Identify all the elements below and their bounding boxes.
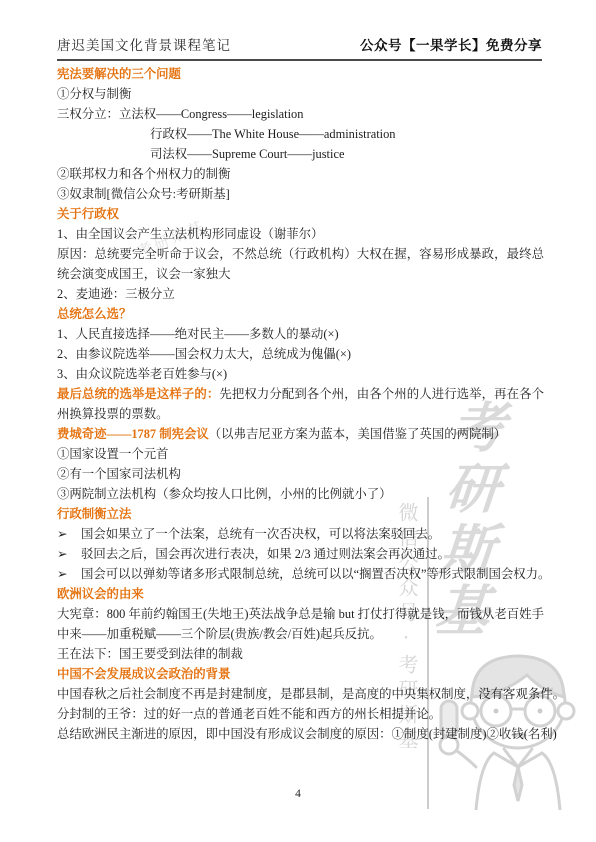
note-line: 3、由众议院选举老百姓参与(×): [57, 364, 544, 384]
note-text: 驳回去之后，国会再次进行表决，如果 2/3 通过则法案会再次通过。: [81, 544, 450, 564]
note-line: 分封制的王爷：过的好一点的普通老百姓不能和西方的州长相提并论。: [57, 704, 544, 724]
note-line: ①国家设置一个元首: [57, 444, 544, 464]
section-heading-china-background: 中国不会发展成议会政治的背景: [57, 664, 544, 684]
note-line: ①分权与制衡: [57, 84, 544, 104]
note-paragraph: 原因：总统要完全听命于议会，不然总统（行政机构）大权在握，容易形成暴政，最终总统…: [57, 244, 544, 284]
note-line: 总结欧洲民主渐进的原因，即中国没有形成议会制度的原因：①制度(封建制度)②收钱(…: [57, 724, 544, 744]
section-heading-constitution: 宪法要解决的三个问题: [57, 64, 544, 84]
notes-content: 宪法要解决的三个问题 ①分权与制衡 三权分立：立法权——Congress——le…: [57, 64, 544, 744]
note-line: 1、人民直接选择——绝对民主——多数人的暴动(×): [57, 324, 544, 344]
note-text: 国会可以以弹劾等诸多形式限制总统，总统可以以“搁置否决权”等形式限制国会权力。: [81, 564, 550, 584]
section-heading-european-parliament: 欧洲议会的由来: [57, 584, 544, 604]
inline-heading-philadelphia: 费城奇迹——1787 制宪会议: [57, 427, 209, 441]
inline-heading-final-election: 最后总统的选举是这样子的：: [57, 387, 219, 401]
note-line: 司法权——Supreme Court——justice: [57, 144, 544, 164]
section-heading-executive-power: 关于行政权: [57, 204, 544, 224]
page-header: 唐迟美国文化背景课程笔记 公众号【一果学长】免费分享: [57, 34, 542, 61]
note-line: ②联邦权力和各个州权力的制衡: [57, 164, 544, 184]
note-line: 中国春秋之后社会制度不再是封建制度，是郡县制，是高度的中央集权制度，没有客观条件…: [57, 684, 544, 704]
note-paragraph: 大宪章：800 年前约翰国王(失地王)英法战争总是输 but 打仗打得就是钱，而…: [57, 604, 544, 644]
bullet-line: ➢国会可以以弹劾等诸多形式限制总统，总统可以以“搁置否决权”等形式限制国会权力。: [57, 564, 544, 584]
arrow-bullet-icon: ➢: [57, 524, 81, 544]
arrow-bullet-icon: ➢: [57, 564, 81, 584]
note-line: 1、由全国议会产生立法机构形同虚设（谢菲尔）: [57, 224, 544, 244]
section-heading-checks-on-legislation: 行政制衡立法: [57, 504, 544, 524]
header-title: 唐迟美国文化背景课程笔记: [57, 34, 231, 54]
page-number: 4: [0, 788, 596, 800]
section-heading-president-election: 总统怎么选？: [57, 304, 544, 324]
note-line: 三权分立：立法权——Congress——legislation: [57, 104, 544, 124]
note-line: 行政权——The White House——administration: [57, 124, 544, 144]
bullet-line: ➢驳回去之后，国会再次进行表决，如果 2/3 通过则法案会再次通过。: [57, 544, 544, 564]
document-page: 考研斯基 微信公众号·考研斯基 考研斯基: [0, 0, 596, 842]
header-source-note: 公众号【一果学长】免费分享: [360, 34, 542, 54]
note-line: ②有一个国家司法机构: [57, 464, 544, 484]
note-text: （以弗吉尼亚方案为蓝本，美国借鉴了英国的两院制）: [209, 427, 506, 441]
note-line: ③奴隶制[微信公众号:考研斯基]: [57, 184, 544, 204]
note-paragraph-philadelphia: 费城奇迹——1787 制宪会议（以弗吉尼亚方案为蓝本，美国借鉴了英国的两院制）: [57, 424, 544, 444]
bullet-line: ➢国会如果立了一个法案，总统有一次否决权，可以将法案驳回去。: [57, 524, 544, 544]
arrow-bullet-icon: ➢: [57, 544, 81, 564]
note-paragraph-final-election: 最后总统的选举是这样子的：先把权力分配到各个州，由各个州的人进行选举，再在各个州…: [57, 384, 544, 424]
note-line: 2、麦迪逊：三极分立: [57, 284, 544, 304]
note-line: 王在法下：国王要受到法律的制裁: [57, 644, 544, 664]
note-line: 2、由参议院选举——国会权力太大，总统成为傀儡(×): [57, 344, 544, 364]
note-text: 国会如果立了一个法案，总统有一次否决权，可以将法案驳回去。: [81, 524, 440, 544]
note-line: ③两院制立法机构（参众均按人口比例，小州的比例就小了）: [57, 484, 544, 504]
